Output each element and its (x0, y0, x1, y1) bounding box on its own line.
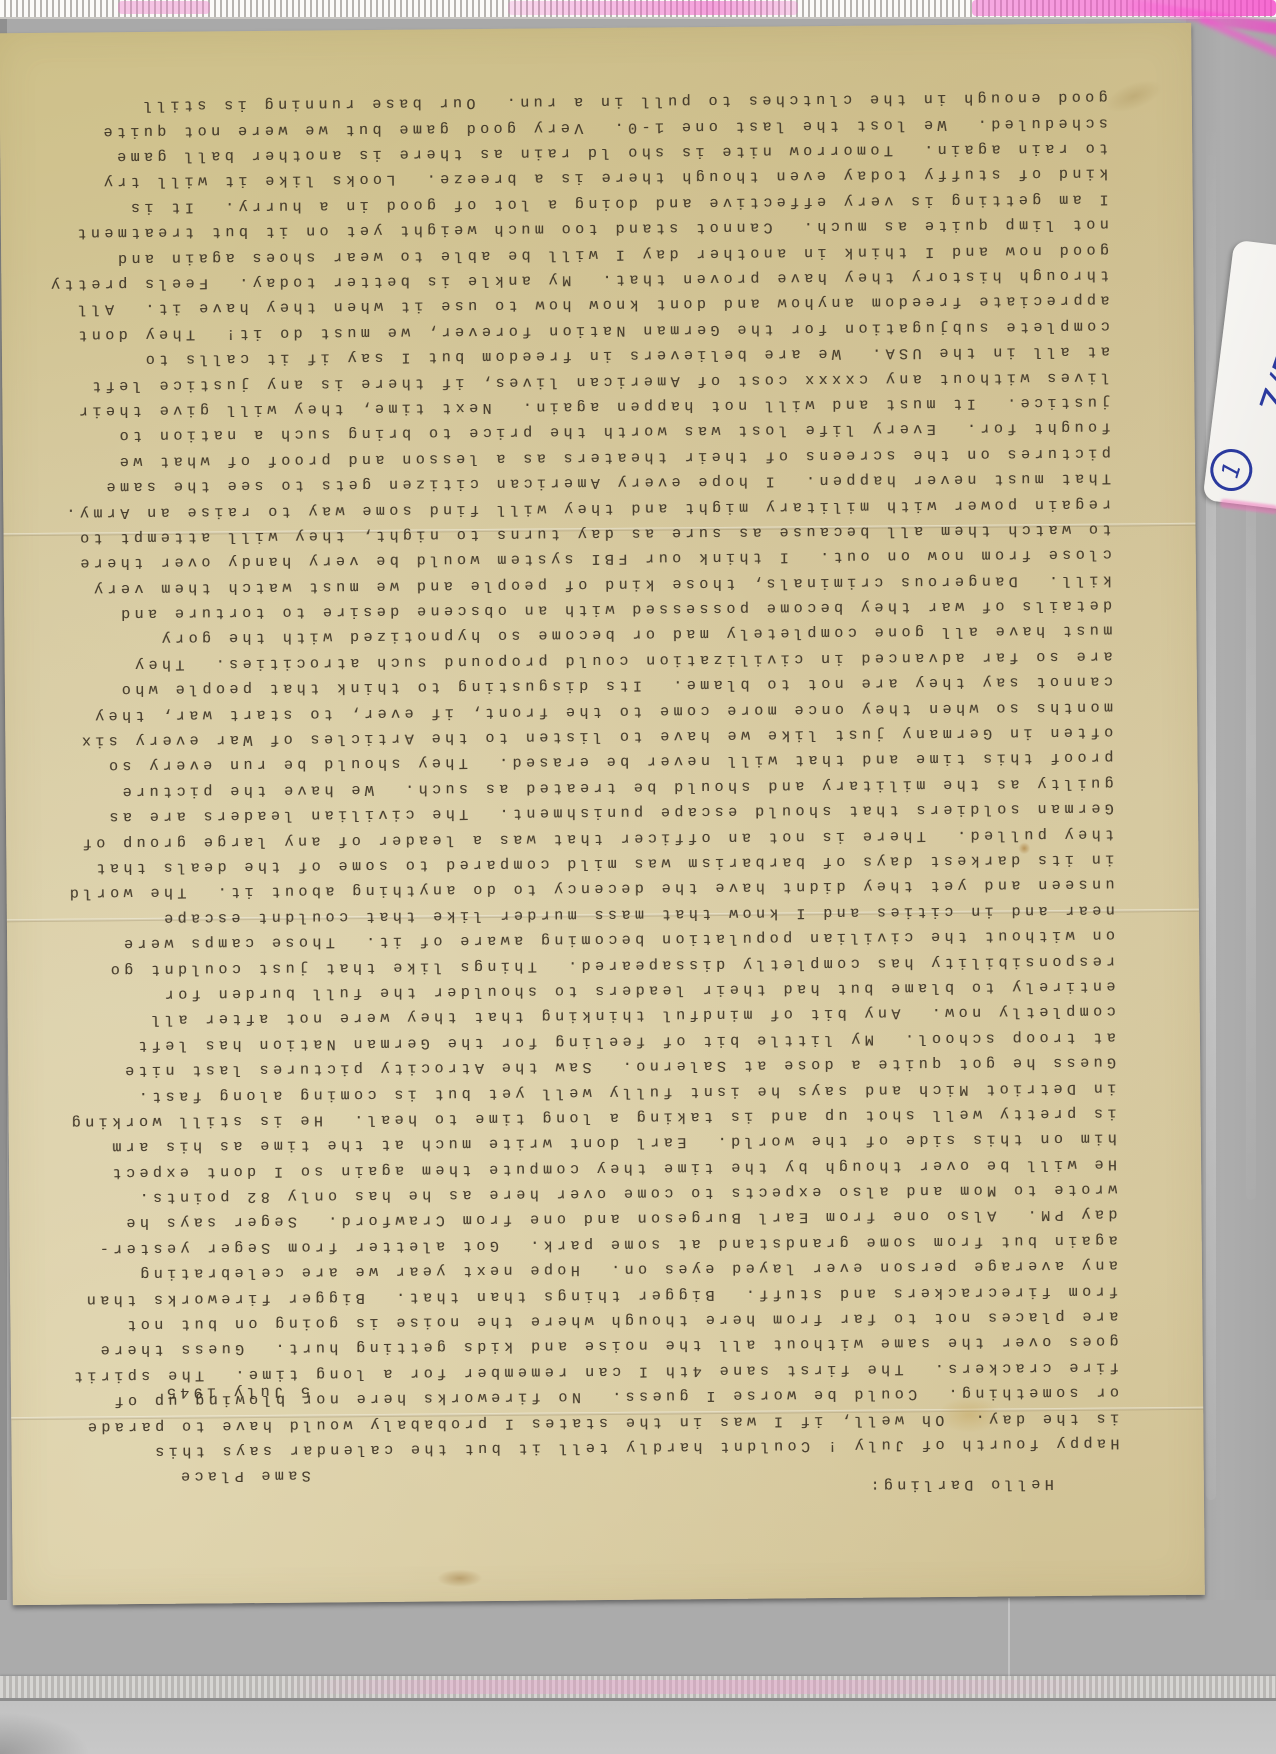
sleeve-reflection (1206, 120, 1216, 1500)
pink-highlighter-mark (508, 1, 798, 15)
tab-circled-number: 1 (1205, 444, 1257, 496)
salutation: Hello Darling: (866, 1475, 1054, 1494)
sleeve-below-seal (0, 1701, 1276, 1754)
pink-highlighter-mark (972, 0, 1276, 16)
letter-paper: Same Place 5 July 1945 Hello Darling: Ha… (0, 23, 1205, 1605)
letter-body: Happy fourth of July ! Couldnt hardly te… (48, 84, 1120, 1464)
letter-content-upside-down: Same Place 5 July 1945 Hello Darling: Ha… (0, 23, 1205, 1605)
pink-highlighter-mark (118, 1, 210, 14)
sleeve-seal-pink-tint (280, 1680, 1140, 1694)
scanned-letter-photo: Same Place 5 July 1945 Hello Darling: Ha… (0, 0, 1276, 1754)
tab-handwritten-date: 7/5/45 (1245, 269, 1276, 443)
corner-shadow (0, 1712, 90, 1754)
dateline-place: Same Place (163, 1461, 311, 1490)
